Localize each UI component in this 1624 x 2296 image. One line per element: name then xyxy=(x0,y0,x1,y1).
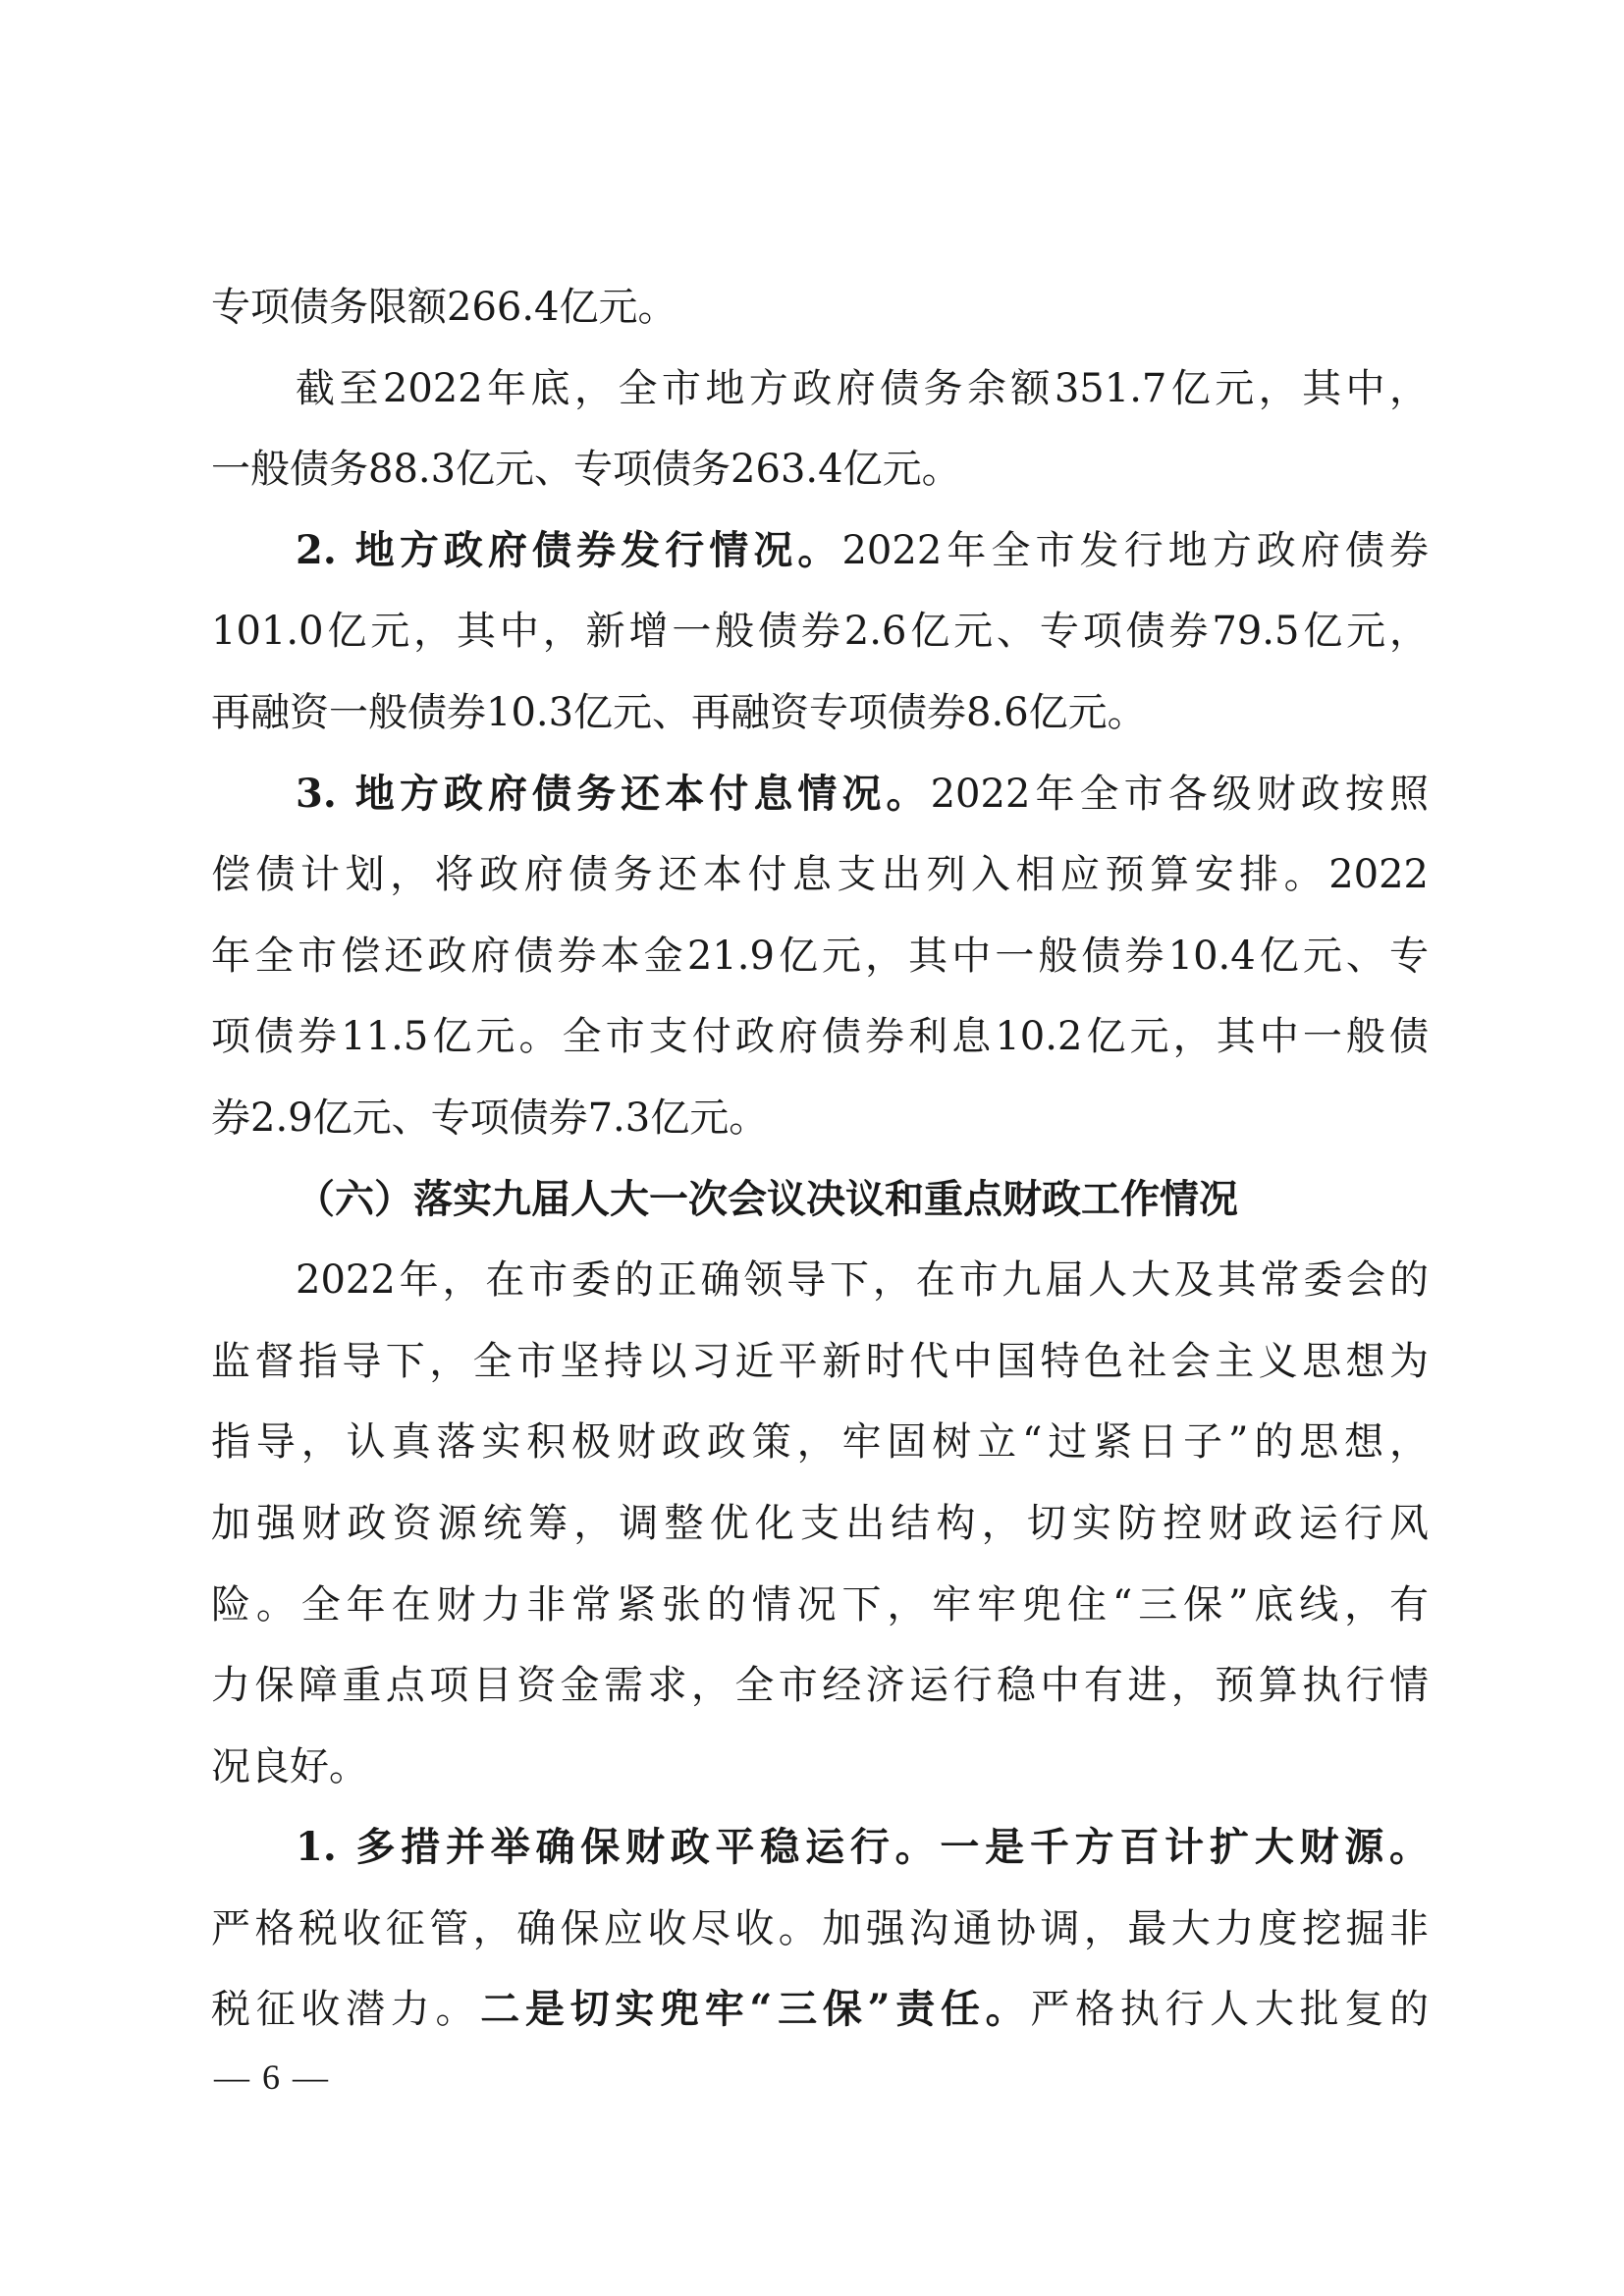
text-principal-repaid: 年全市偿还政府债券本金21.9亿元，其中一般债券10.4亿元、专 xyxy=(211,934,1429,979)
paragraph-line: 险。全年在财力非常紧张的情况下，牢牢兜住“三保”底线，有 xyxy=(211,1565,1429,1646)
paragraph-line: 税征收潜力。二是切实兜牢“三保”责任。严格执行人大批复的 xyxy=(211,1969,1429,2051)
text-key-projects: 力保障重点项目资金需求，全市经济运行稳中有进，预算执行情 xyxy=(211,1663,1429,1708)
paragraph-line: 指导，认真落实积极财政政策，牢固树立“过紧日子”的思想， xyxy=(211,1402,1429,1483)
text-leadership: 2022年，在市委的正确领导下，在市九届人大及其常委会的 xyxy=(296,1257,1429,1303)
subheading-fiscal-stability: 1. 多措并举确保财政平稳运行。一是千方百计扩大财源。 xyxy=(296,1824,1429,1870)
text-refinancing-bonds: 再融资一般债券10.3亿元、再融资专项债券8.6亿元。 xyxy=(211,690,1147,735)
text-guidance: 监督指导下，全市坚持以习近平新时代中国特色社会主义思想为 xyxy=(211,1339,1429,1384)
paragraph-line: 严格税收征管，确保应收尽收。加强沟通协调，最大力度挖掘非 xyxy=(211,1889,1429,1970)
text-tax-collection: 严格税收征管，确保应收尽收。加强沟通协调，最大力度挖掘非 xyxy=(211,1906,1429,1951)
paragraph-line: 截至2022年底，全市地方政府债务余额351.7亿元，其中， xyxy=(211,348,1429,430)
page-number: — 6 — xyxy=(214,2056,330,2098)
paragraph-line: 监督指导下，全市坚持以习近平新时代中国特色社会主义思想为 xyxy=(211,1321,1429,1403)
paragraph-line: 专项债务限额266.4亿元。 xyxy=(211,267,1429,348)
subheading-debt-repayment: 3. 地方政府债务还本付息情况。 xyxy=(296,771,931,817)
text-bond-issuance: 2022年全市发行地方政府债券 xyxy=(841,528,1429,573)
paragraph-line: 项债券11.5亿元。全市支付政府债券利息10.2亿元，其中一般债 xyxy=(211,996,1429,1078)
paragraph-line: 3. 地方政府债务还本付息情况。2022年全市各级财政按照 xyxy=(211,754,1429,835)
text-debt-balance: 截至2022年底，全市地方政府债务余额351.7亿元，其中， xyxy=(296,366,1429,411)
paragraph-line: 101.0亿元，其中，新增一般债券2.6亿元、专项债券79.5亿元， xyxy=(211,591,1429,672)
paragraph-line: 券2.9亿元、专项债券7.3亿元。 xyxy=(211,1078,1429,1159)
paragraph-line: 偿债计划，将政府债务还本付息支出列入相应预算安排。2022 xyxy=(211,834,1429,916)
paragraph-line: 再融资一般债券10.3亿元、再融资专项债券8.6亿元。 xyxy=(211,672,1429,754)
text-fiscal-policy: 指导，认真落实积极财政政策，牢固树立“过紧日子”的思想， xyxy=(211,1419,1429,1465)
text-bond-issuance-detail: 101.0亿元，其中，新增一般债券2.6亿元、专项债券79.5亿元， xyxy=(211,609,1429,654)
text-repayment-plan: 偿债计划，将政府债务还本付息支出列入相应预算安排。2022 xyxy=(211,852,1429,897)
section-heading: （六）落实九届人大一次会议决议和重点财政工作情况 xyxy=(211,1159,1429,1241)
text-resource-coordination: 加强财政资源统筹，调整优化支出结构，切实防控财政运行风 xyxy=(211,1501,1429,1546)
document-body: 专项债务限额266.4亿元。 截至2022年底，全市地方政府债务余额351.7亿… xyxy=(211,267,1429,2051)
text-debt-repayment: 2022年全市各级财政按照 xyxy=(931,772,1429,817)
subheading-three-guarantees: 二是切实兜牢“三保”责任。 xyxy=(480,1986,1030,2032)
paragraph-line: 2. 地方政府债券发行情况。2022年全市发行地方政府债券 xyxy=(211,510,1429,592)
paragraph-line: 年全市偿还政府债券本金21.9亿元，其中一般债券10.4亿元、专 xyxy=(211,916,1429,997)
paragraph-line: 1. 多措并举确保财政平稳运行。一是千方百计扩大财源。 xyxy=(211,1807,1429,1889)
paragraph-line: 力保障重点项目资金需求，全市经济运行稳中有进，预算执行情 xyxy=(211,1645,1429,1727)
text-nontax-potential: 税征收潜力。 xyxy=(211,1987,480,2032)
paragraph-line: 2022年，在市委的正确领导下，在市九届人大及其常委会的 xyxy=(211,1240,1429,1321)
text-debt-breakdown: 一般债务88.3亿元、专项债务263.4亿元。 xyxy=(211,447,961,492)
text-special-debt-limit: 专项债务限额266.4亿元。 xyxy=(211,285,677,330)
subheading-bond-issuance: 2. 地方政府债券发行情况。 xyxy=(296,527,841,573)
text-npc-approval: 严格执行人大批复的 xyxy=(1030,1987,1429,2032)
paragraph-line: 况良好。 xyxy=(211,1727,1429,1808)
text-interest-paid: 项债券11.5亿元。全市支付政府债券利息10.2亿元，其中一般债 xyxy=(211,1014,1429,1059)
paragraph-line: 加强财政资源统筹，调整优化支出结构，切实防控财政运行风 xyxy=(211,1483,1429,1565)
text-interest-breakdown: 券2.9亿元、专项债券7.3亿元。 xyxy=(211,1095,768,1141)
text-three-guarantees: 险。全年在财力非常紧张的情况下，牢牢兜住“三保”底线，有 xyxy=(211,1582,1429,1628)
paragraph-line: 一般债务88.3亿元、专项债务263.4亿元。 xyxy=(211,429,1429,510)
text-budget-execution: 况良好。 xyxy=(211,1744,368,1789)
section-title-six: （六）落实九届人大一次会议决议和重点财政工作情况 xyxy=(296,1176,1238,1222)
